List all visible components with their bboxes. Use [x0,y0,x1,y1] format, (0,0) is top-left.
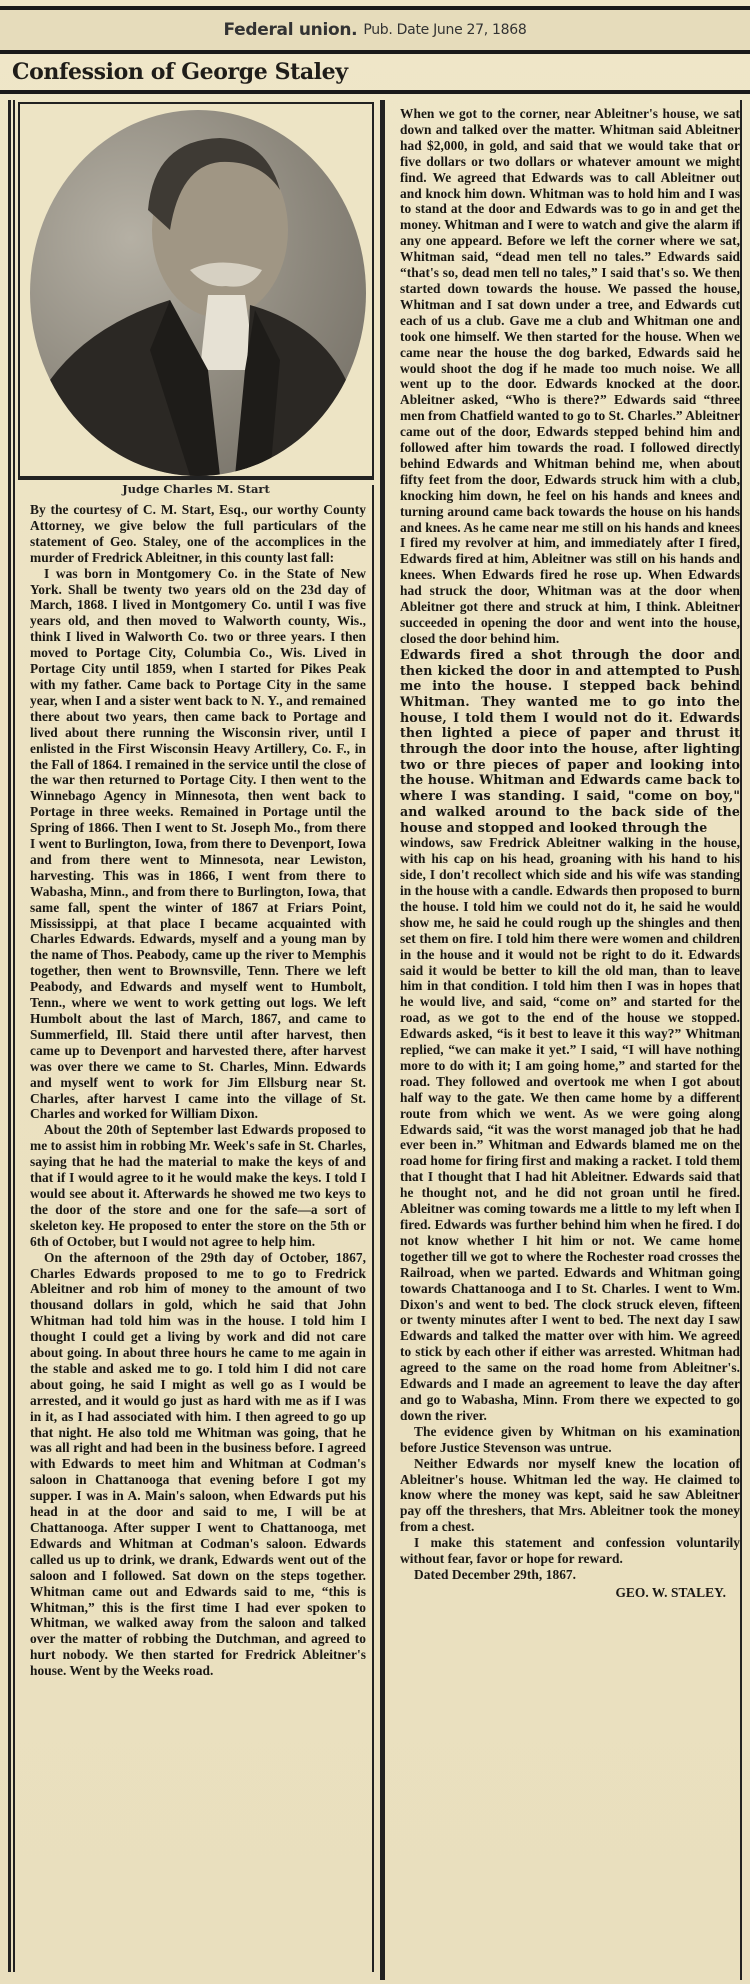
left-column: Judge Charles M. Start By the courtesy o… [8,100,374,1972]
article-right-text: When we got to the corner, near Ableitne… [400,106,740,1601]
newspaper-page: Federal union. Pub. Date June 27, 1868 C… [0,0,750,1984]
right-column: When we got to the corner, near Ableitne… [380,100,742,1980]
paper-name: Federal union. [224,20,358,40]
article-paragraph: I was born in Montgomery Co. in the Stat… [30,566,366,1123]
column-border-left [8,100,11,1972]
dated-line: Dated December 29th, 1867. [400,1567,740,1583]
article-intro: By the courtesy of C. M. Start, Esq., ou… [30,502,366,566]
article-paragraph: windows, saw Fredrick Ableitner walking … [400,835,740,1424]
article-paragraph-retyped: Edwards fired a shot through the door an… [400,647,740,835]
article-paragraph: The evidence given by Whitman on his exa… [400,1424,740,1456]
photo-caption: Judge Charles M. Start [18,482,374,496]
article-paragraph: On the afternoon of the 29th day of Octo… [30,1250,366,1679]
column-border-right-left [380,100,385,1980]
column-border-right [740,100,742,1980]
portrait-photo-icon [30,110,366,476]
column-border-left-inner [13,100,15,1972]
article-paragraph: Neither Edwards nor myself knew the loca… [400,1456,740,1536]
column-divider [372,485,374,1972]
publication-bar: Federal union. Pub. Date June 27, 1868 [0,10,750,50]
article-paragraph: About the 20th of September last Edwards… [30,1122,366,1249]
article-left-text: By the courtesy of C. M. Start, Esq., ou… [30,502,366,1679]
article-paragraph: When we got to the corner, near Ableitne… [400,106,740,647]
page-title: Confession of George Staley [12,54,348,90]
pub-date: Pub. Date June 27, 1868 [363,22,526,38]
signature: GEO. W. STALEY. [400,1585,740,1601]
headline-rule [0,90,750,94]
article-paragraph: I make this statement and confession vol… [400,1535,740,1567]
photo-frame [18,102,374,480]
